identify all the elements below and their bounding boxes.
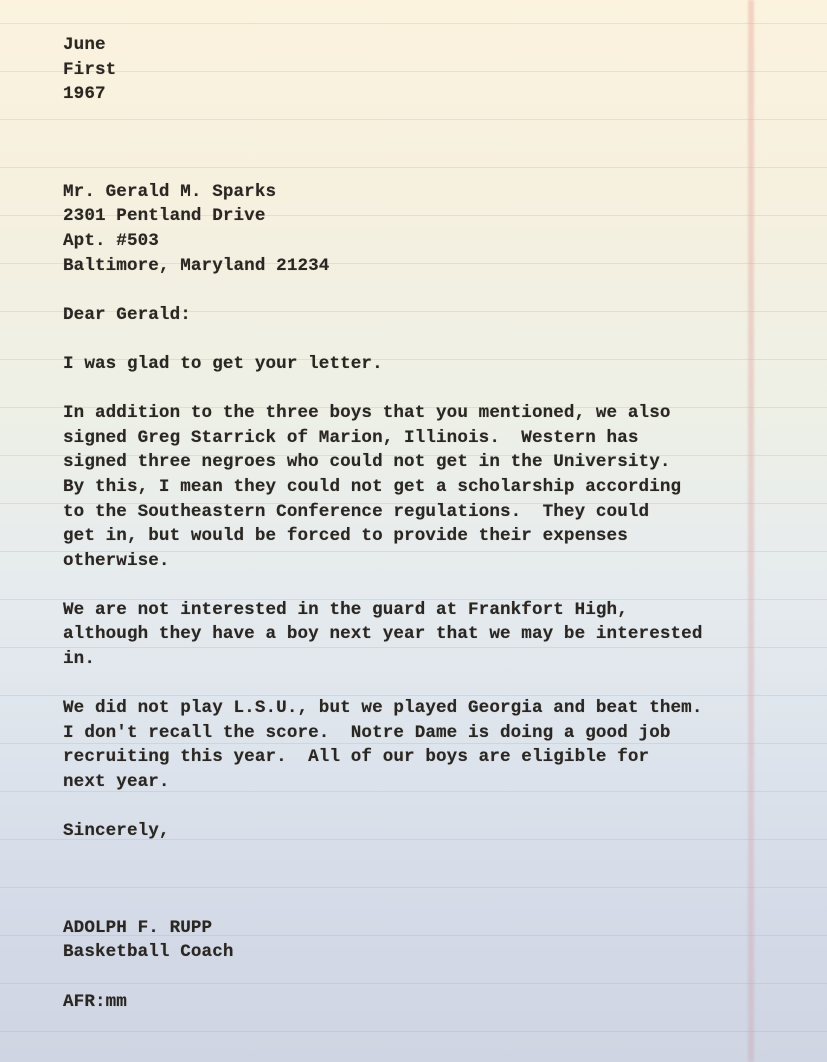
closing-text: Sincerely, (63, 819, 823, 844)
paragraph-2: In addition to the three boys that you m… (63, 401, 823, 573)
paragraph-line: get in, but would be forced to provide t… (63, 524, 823, 549)
letter-body: June First 1967 Mr. Gerald M. Sparks 230… (63, 33, 823, 1014)
paragraph-line: We did not play L.S.U., but we played Ge… (63, 696, 823, 721)
paragraph-line: next year. (63, 770, 823, 795)
paragraph-line: to the Southeastern Conference regulatio… (63, 500, 823, 525)
paragraph-line: recruiting this year. All of our boys ar… (63, 745, 823, 770)
date-month: June (63, 33, 823, 58)
paragraph-4: We did not play L.S.U., but we played Ge… (63, 696, 823, 794)
signature-block: ADOLPH F. RUPP Basketball Coach (63, 916, 823, 965)
paragraph-3: We are not interested in the guard at Fr… (63, 598, 823, 672)
paragraph-line: In addition to the three boys that you m… (63, 401, 823, 426)
paragraph-line: although they have a boy next year that … (63, 622, 823, 647)
recipient-street: 2301 Pentland Drive (63, 204, 823, 229)
paragraph-line: By this, I mean they could not get a sch… (63, 475, 823, 500)
closing: Sincerely, (63, 819, 823, 844)
recipient-name: Mr. Gerald M. Sparks (63, 180, 823, 205)
letter-date: June First 1967 (63, 33, 823, 107)
signer-name: ADOLPH F. RUPP (63, 916, 823, 941)
paragraph-line: otherwise. (63, 549, 823, 574)
date-year: 1967 (63, 82, 823, 107)
paragraph-line: in. (63, 647, 823, 672)
recipient-address: Mr. Gerald M. Sparks 2301 Pentland Drive… (63, 180, 823, 278)
paragraph-line: signed Greg Starrick of Marion, Illinois… (63, 426, 823, 451)
paragraph-line: I was glad to get your letter. (63, 352, 823, 377)
paragraph-1: I was glad to get your letter. (63, 352, 823, 377)
paragraph-line: We are not interested in the guard at Fr… (63, 598, 823, 623)
salutation: Dear Gerald: (63, 303, 823, 328)
signer-title: Basketball Coach (63, 940, 823, 965)
reference-initials-text: AFR:mm (63, 990, 823, 1015)
paragraph-line: I don't recall the score. Notre Dame is … (63, 721, 823, 746)
salutation-text: Dear Gerald: (63, 303, 823, 328)
recipient-apartment: Apt. #503 (63, 229, 823, 254)
reference-initials: AFR:mm (63, 990, 823, 1015)
recipient-city-state-zip: Baltimore, Maryland 21234 (63, 254, 823, 279)
date-day: First (63, 58, 823, 83)
paragraph-line: signed three negroes who could not get i… (63, 450, 823, 475)
